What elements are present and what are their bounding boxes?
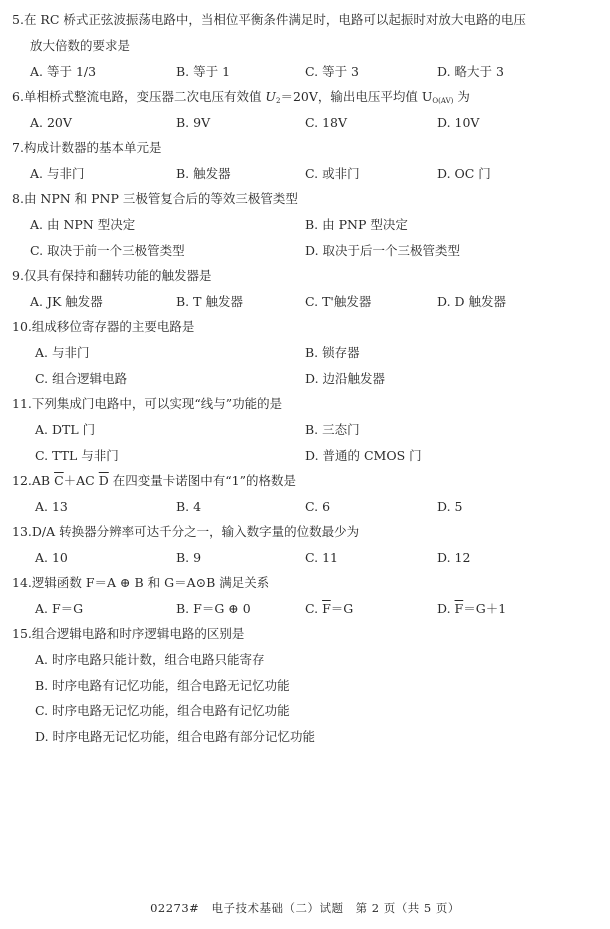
question-text: 仅具有保持和翻转功能的触发器是 <box>24 268 212 283</box>
option-d: D. OC 门 <box>437 166 491 182</box>
option-d: D. 时序电路无记忆功能，组合电路有部分记忆功能 <box>35 729 315 745</box>
question-12-stem: 12.AB C＋AC D 在四变量卡诺图中有“1”的格数是 <box>12 473 296 489</box>
option-d: D. D 触发器 <box>437 294 506 310</box>
option-c: C. 11 <box>305 550 338 566</box>
complement-d: D <box>99 473 109 488</box>
question-text: ＝20V，输出电压平均值 U <box>280 89 432 104</box>
option-d: D. 边沿触发器 <box>305 371 385 387</box>
option-b: B. 9V <box>176 115 210 131</box>
option-b: B. 三态门 <box>305 422 360 438</box>
question-text: ＋AC <box>64 473 99 488</box>
question-9-stem: 9.仅具有保持和翻转功能的触发器是 <box>12 268 211 284</box>
question-6-stem: 6.单相桥式整流电路，变压器二次电压有效值 U2＝20V，输出电压平均值 UO(… <box>12 89 470 105</box>
question-text: D/A 转换器分辨率可达千分之一，输入数字量的位数最少为 <box>32 524 359 539</box>
option-c: C. 或非门 <box>305 166 360 182</box>
option-a: A. 13 <box>35 499 68 515</box>
option-a: A. F＝G <box>35 601 83 617</box>
option-a: A. 20V <box>30 115 72 131</box>
option-b: B. 由 PNP 型决定 <box>305 217 408 233</box>
question-15-stem: 15.组合逻辑电路和时序逻辑电路的区别是 <box>12 626 244 642</box>
exam-title: 电子技术基础（二）试题 <box>211 901 343 915</box>
question-number: 14. <box>12 575 32 590</box>
question-11-stem: 11.下列集成门电路中，可以实现“线与”功能的是 <box>12 396 282 412</box>
question-13-stem: 13.D/A 转换器分辨率可达千分之一，输入数字量的位数最少为 <box>12 524 359 540</box>
option-c: C. 组合逻辑电路 <box>35 371 127 387</box>
option-label: B. <box>176 601 193 616</box>
question-5-stem-cont: 放大倍数的要求是 <box>30 38 130 54</box>
option-a: A. 与非门 <box>30 166 84 182</box>
option-b: B. 锁存器 <box>305 345 360 361</box>
question-number: 11. <box>12 396 32 411</box>
option-b: B. 触发器 <box>176 166 231 182</box>
option-a: A. 时序电路只能计数，组合电路只能寄存 <box>35 652 264 668</box>
question-number: 12. <box>12 473 32 488</box>
question-number: 9. <box>12 268 24 283</box>
option-c: C. 6 <box>305 499 330 515</box>
question-number: 15. <box>12 626 32 641</box>
option-d: D. 普通的 CMOS 门 <box>305 448 422 464</box>
option-text: ＝G＋1 <box>463 601 506 616</box>
page-number: 第 2 页（共 5 页） <box>356 901 460 915</box>
question-number: 7. <box>12 140 24 155</box>
option-label: C. <box>305 601 322 616</box>
question-text: 下列集成门电路中，可以实现“线与”功能的是 <box>32 396 282 411</box>
question-text: 组合逻辑电路和时序逻辑电路的区别是 <box>32 626 245 641</box>
option-a: A. 由 NPN 型决定 <box>30 217 135 233</box>
question-text: 组成移位寄存器的主要电路是 <box>32 319 195 334</box>
question-text: 在四变量卡诺图中有“1”的格数是 <box>109 473 296 488</box>
question-number: 13. <box>12 524 32 539</box>
question-number: 10. <box>12 319 32 334</box>
option-b: B. 9 <box>176 550 201 566</box>
option-a: A. 等于 1/3 <box>30 64 96 80</box>
complement-f: F <box>455 601 464 616</box>
question-text: 由 NPN 和 PNP 三极管复合后的等效三极管类型 <box>24 191 298 206</box>
question-7-stem: 7.构成计数器的基本单元是 <box>12 140 161 156</box>
question-text: 为 <box>453 89 469 104</box>
option-c: C. F＝G <box>305 601 353 617</box>
option-b: B. T 触发器 <box>176 294 243 310</box>
option-d: D. F＝G＋1 <box>437 601 506 617</box>
option-a: A. 10 <box>35 550 68 566</box>
exam-page: 5.在 RC 桥式正弦波振荡电路中，当相位平衡条件满足时，电路可以起振时对放大电… <box>0 0 610 929</box>
option-c: C. 取决于前一个三极管类型 <box>30 243 185 259</box>
question-text: 在 RC 桥式正弦波振荡电路中，当相位平衡条件满足时，电路可以起振时对放大电路的… <box>24 12 526 27</box>
option-b: B. 等于 1 <box>176 64 230 80</box>
question-text: 单相桥式整流电路，变压器二次电压有效值 <box>24 89 265 104</box>
question-text: 构成计数器的基本单元是 <box>24 140 162 155</box>
option-text: F＝G <box>52 601 83 616</box>
option-c: C. 18V <box>305 115 347 131</box>
option-a: A. JK 触发器 <box>30 294 103 310</box>
option-text: ＝G <box>331 601 354 616</box>
option-b: B. 4 <box>176 499 201 515</box>
exam-code: 02273# <box>150 901 199 915</box>
option-a: A. 与非门 <box>35 345 89 361</box>
question-10-stem: 10.组成移位寄存器的主要电路是 <box>12 319 194 335</box>
option-c: C. TTL 与非门 <box>35 448 119 464</box>
option-d: D. 略大于 3 <box>437 64 504 80</box>
option-d: D. 5 <box>437 499 462 515</box>
option-c: C. T'触发器 <box>305 294 371 310</box>
option-b: B. F＝G ⊕ 0 <box>176 601 251 617</box>
question-number: 5. <box>12 12 24 27</box>
question-text: 逻辑函数 F＝A ⊕ B 和 G＝A⊙B 满足关系 <box>32 575 269 590</box>
option-label: D. <box>437 601 455 616</box>
option-d: D. 10V <box>437 115 479 131</box>
option-label: A. <box>35 601 52 616</box>
option-text: F＝G ⊕ 0 <box>193 601 251 616</box>
question-number: 6. <box>12 89 24 104</box>
question-14-stem: 14.逻辑函数 F＝A ⊕ B 和 G＝A⊙B 满足关系 <box>12 575 269 591</box>
option-c: C. 时序电路无记忆功能，组合电路有记忆功能 <box>35 703 290 719</box>
option-d: D. 取决于后一个三极管类型 <box>305 243 460 259</box>
page-footer: 02273# 电子技术基础（二）试题 第 2 页（共 5 页） <box>0 900 610 916</box>
question-5-stem: 5.在 RC 桥式正弦波振荡电路中，当相位平衡条件满足时，电路可以起振时对放大电… <box>12 12 526 28</box>
variable-u: U <box>265 89 276 104</box>
complement-c: C <box>54 473 64 488</box>
option-a: A. DTL 门 <box>35 422 95 438</box>
option-c: C. 等于 3 <box>305 64 359 80</box>
question-text: AB <box>32 473 54 488</box>
subscript: O(AV) <box>432 97 453 105</box>
question-number: 8. <box>12 191 24 206</box>
question-8-stem: 8.由 NPN 和 PNP 三极管复合后的等效三极管类型 <box>12 191 298 207</box>
option-d: D. 12 <box>437 550 470 566</box>
option-b: B. 时序电路有记忆功能，组合电路无记忆功能 <box>35 678 290 694</box>
complement-f: F <box>322 601 331 616</box>
